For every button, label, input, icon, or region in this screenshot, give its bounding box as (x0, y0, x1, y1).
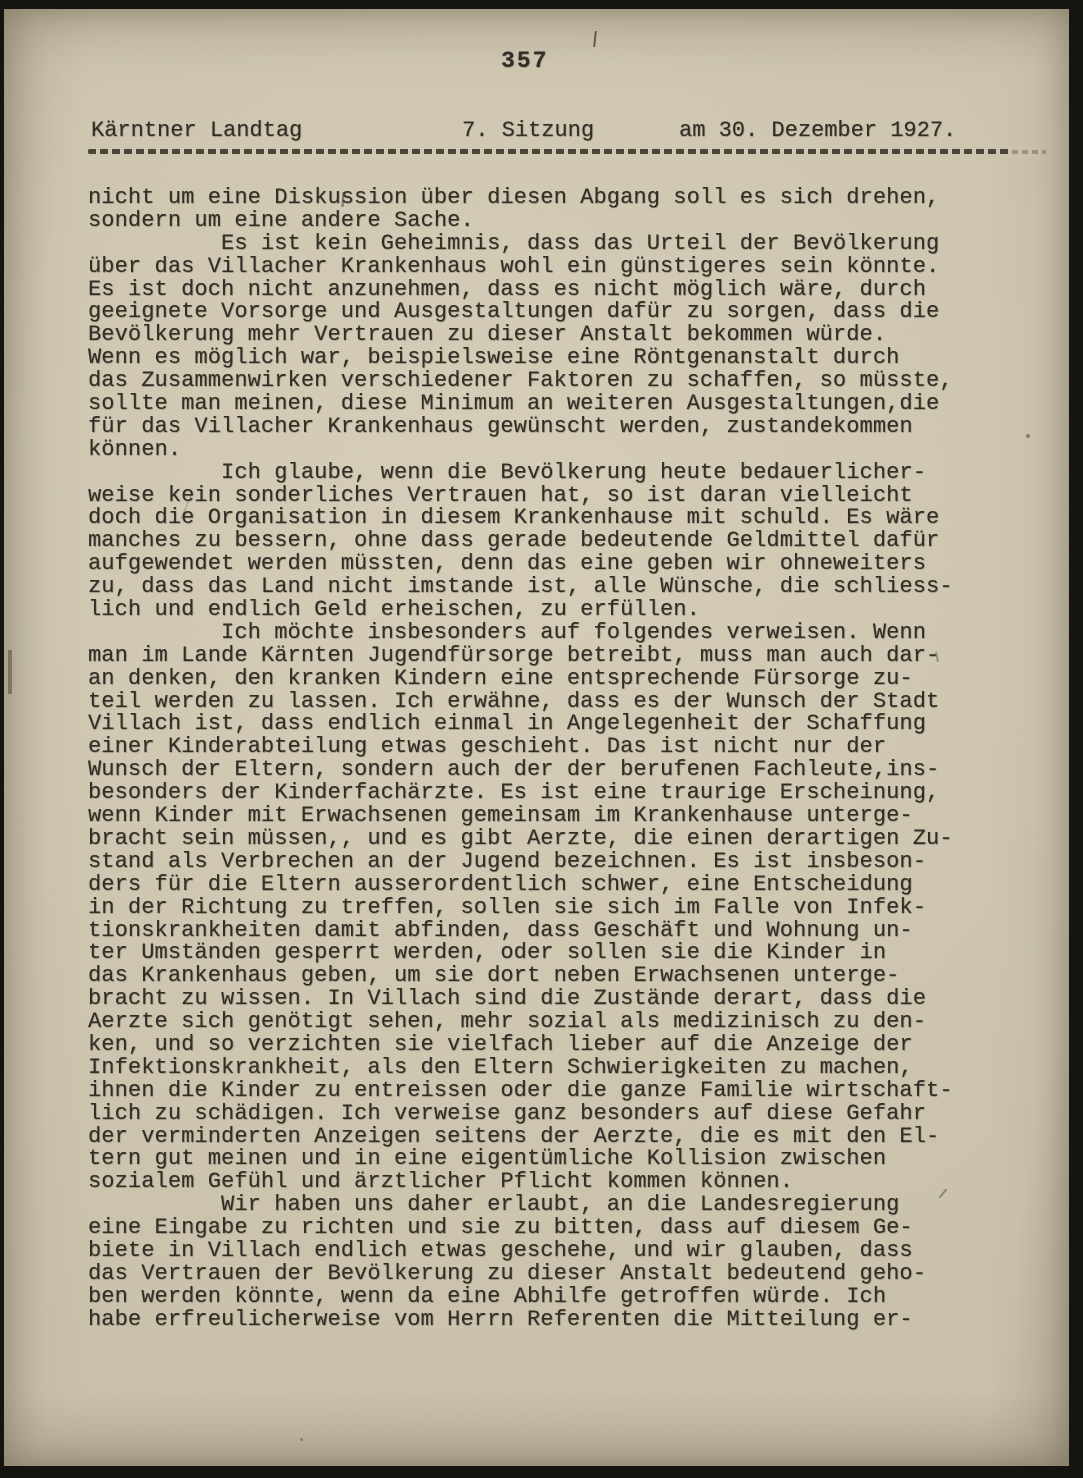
text-line: Es ist kein Geheimnis, dass das Urteil d… (88, 233, 1018, 256)
text-line: sondern um eine andere Sache. (88, 210, 1018, 233)
text-line: bracht sein müssen,, und es gibt Aerzte,… (88, 828, 1018, 851)
text-line: tionskrankheiten damit abfinden, dass Ge… (88, 920, 1018, 943)
text-line: können. (88, 439, 1018, 462)
text-line: wenn Kinder mit Erwachsenen gemeinsam im… (88, 805, 1018, 828)
text-line: manches zu bessern, ohne dass gerade bed… (88, 530, 1018, 553)
header-session-number: 7. Sitzung (462, 118, 594, 143)
text-line: Villach ist, dass endlich einmal in Ange… (88, 713, 1018, 736)
dashed-rule (88, 149, 1012, 154)
text-line: einer Kinderabteilung etwas geschieht. D… (88, 736, 1018, 759)
text-line: in der Richtung zu treffen, sollen sie s… (88, 897, 1018, 920)
text-line: Es ist doch nicht anzunehmen, dass es ni… (88, 279, 1018, 302)
text-line: lich zu schädigen. Ich verweise ganz bes… (88, 1103, 1018, 1126)
dashed-rule-faded-tail (1012, 150, 1046, 154)
text-line: das Krankenhaus geben, um sie dort neben… (88, 965, 1018, 988)
text-line: besonders der Kinderfachärzte. Es ist ei… (88, 782, 1018, 805)
text-line: das Vertrauen der Bevölkerung zu dieser … (88, 1263, 1018, 1286)
text-line: Ich glaube, wenn die Bevölkerung heute b… (88, 462, 1018, 485)
text-line: Bevölkerung mehr Vertrauen zu dieser Ans… (88, 324, 1018, 347)
header-date: am 30. Dezember 1927. (679, 118, 956, 143)
text-line: doch die Organisation in diesem Krankenh… (88, 507, 1018, 530)
text-line: Wenn es möglich war, beispielsweise eine… (88, 347, 1018, 370)
text-line: weise kein sonderliches Vertrauen hat, s… (88, 485, 1018, 508)
text-line: habe erfreulicherweise vom Herrn Referen… (88, 1309, 1018, 1332)
text-line: ter Umständen gesperrt werden, oder soll… (88, 942, 1018, 965)
text-line: stand als Verbrechen an der Jugend bezei… (88, 851, 1018, 874)
text-line: nicht um eine Diskussion über diesen Abg… (88, 187, 1018, 210)
text-line: an denken, den kranken Kindern eine ents… (88, 668, 1018, 691)
text-line: der verminderten Anzeigen seitens der Ae… (88, 1126, 1018, 1149)
page-header: Kärntner Landtag 7. Sitzung am 30. Dezem… (0, 118, 1083, 144)
text-line: teil werden zu lassen. Ich erwähne, dass… (88, 691, 1018, 714)
text-line: lich und endlich Geld erheischen, zu erf… (88, 599, 1018, 622)
text-line: Wir haben uns daher erlaubt, an die Land… (88, 1194, 1018, 1217)
text-line: Aerzte sich genötigt sehen, mehr sozial … (88, 1011, 1018, 1034)
text-line: geeignete Vorsorge und Ausgestaltungen d… (88, 301, 1018, 324)
text-line: für das Villacher Krankenhaus gewünscht … (88, 416, 1018, 439)
text-line: Infektionskrankheit, als den Eltern Schw… (88, 1057, 1018, 1080)
text-line: aufgewendet werden müssten, denn das ein… (88, 553, 1018, 576)
page-number: 357 (501, 48, 548, 74)
text-line: ihnen die Kinder zu entreissen oder die … (88, 1080, 1018, 1103)
text-line: eine Eingabe zu richten und sie zu bitte… (88, 1217, 1018, 1240)
text-line: sozialem Gefühl und ärztlicher Pflicht k… (88, 1171, 1018, 1194)
text-line: ders für die Eltern ausserordentlich sch… (88, 874, 1018, 897)
scanned-document-page: 357 Kärntner Landtag 7. Sitzung am 30. D… (0, 0, 1083, 1478)
body-text: nicht um eine Diskussion über diesen Abg… (88, 187, 1018, 1332)
header-institution: Kärntner Landtag (91, 118, 302, 143)
text-line: man im Lande Kärnten Jugendfürsorge betr… (88, 645, 1018, 668)
text-line: sollte man meinen, diese Minimum an weit… (88, 393, 1018, 416)
text-line: biete in Villach endlich etwas geschehe,… (88, 1240, 1018, 1263)
text-line: ken, und so verzichten sie vielfach lieb… (88, 1034, 1018, 1057)
text-line: das Zusammenwirken verschiedener Faktore… (88, 370, 1018, 393)
text-line: tern gut meinen und in eine eigentümlich… (88, 1148, 1018, 1171)
text-line: über das Villacher Krankenhaus wohl ein … (88, 256, 1018, 279)
text-line: Wunsch der Eltern, sondern auch der der … (88, 759, 1018, 782)
text-line: bracht zu wissen. In Villach sind die Zu… (88, 988, 1018, 1011)
text-line: Ich möchte insbesonders auf folgendes ve… (88, 622, 1018, 645)
text-line: ben werden könnte, wenn da eine Abhilfe … (88, 1286, 1018, 1309)
text-line: zu, dass das Land nicht imstande ist, al… (88, 576, 1018, 599)
